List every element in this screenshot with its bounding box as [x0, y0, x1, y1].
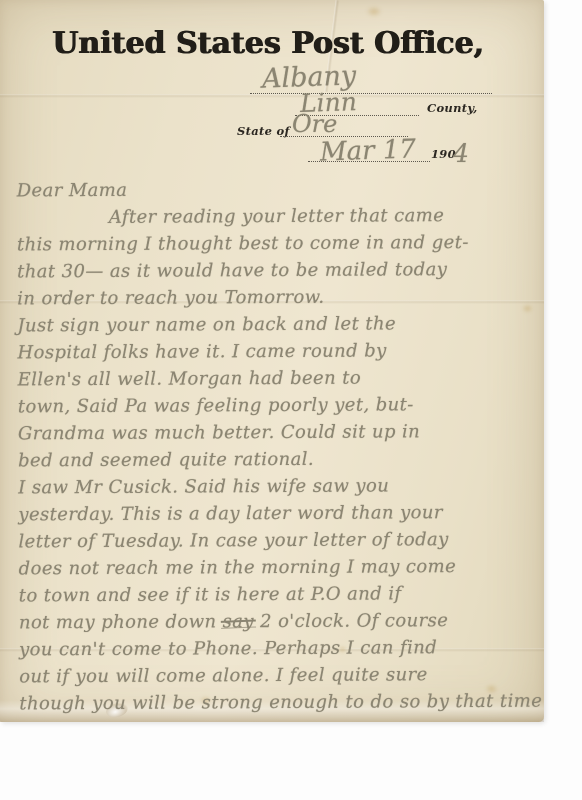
letter-line: you can't come to Phone. Perhaps I can f…: [19, 634, 541, 664]
letter-line: does not reach me in the morning I may c…: [19, 553, 541, 583]
letter-line: in order to reach you Tomorrow.: [17, 283, 539, 313]
year-handwritten: 4: [453, 139, 469, 168]
date-handwritten: Mar 17: [320, 134, 417, 167]
letter-line: Just sign your name on back and let the: [17, 310, 539, 340]
letter-body: Dear Mama After reading your letter that…: [17, 175, 542, 718]
letter-paper: United States Post Office, Albany Linn C…: [0, 0, 544, 722]
letter-line: though you will be strong enough to do s…: [19, 688, 541, 718]
letter-line: Ellen's all well. Morgan had been to: [18, 364, 540, 394]
letter-line: bed and seemed quite rational.: [18, 445, 540, 475]
state-handwritten: Ore: [292, 110, 337, 138]
paper-stain: [366, 6, 382, 17]
line-text: not may phone down: [19, 611, 223, 633]
struck-word: say: [223, 611, 254, 632]
letterhead-title: United States Post Office,: [0, 26, 536, 61]
letter-line: not may phone down say 2 o'clock. Of cou…: [19, 607, 541, 637]
letter-line: Hospital folks have it. I came round by: [17, 337, 539, 367]
city-blank-line: [250, 93, 492, 94]
letter-line: After reading your letter that came: [17, 202, 539, 232]
letter-line: letter of Tuesday. In case your letter o…: [18, 526, 540, 556]
letter-line: this morning I thought best to come in a…: [17, 229, 539, 259]
letter-line: that 30— as it would have to be mailed t…: [17, 256, 539, 286]
paper-crease: [0, 94, 544, 98]
scanned-letter-page: United States Post Office, Albany Linn C…: [0, 0, 582, 800]
date-blank-line: [308, 161, 430, 162]
letter-line: to town and see if it is here at P.O and…: [19, 580, 541, 610]
line-text: 2 o'clock. Of course: [254, 610, 448, 632]
letter-line: I saw Mr Cusick. Said his wife saw you: [18, 472, 540, 502]
letter-line: out if you will come alone. I feel quite…: [19, 661, 541, 691]
letter-line: Grandma was much better. Could sit up in: [18, 418, 540, 448]
letter-line: town, Said Pa was feeling poorly yet, bu…: [18, 391, 540, 421]
county-label: County,: [427, 101, 478, 115]
letter-line: yesterday. This is a day later word than…: [18, 499, 540, 529]
salutation: Dear Mama: [17, 175, 539, 205]
